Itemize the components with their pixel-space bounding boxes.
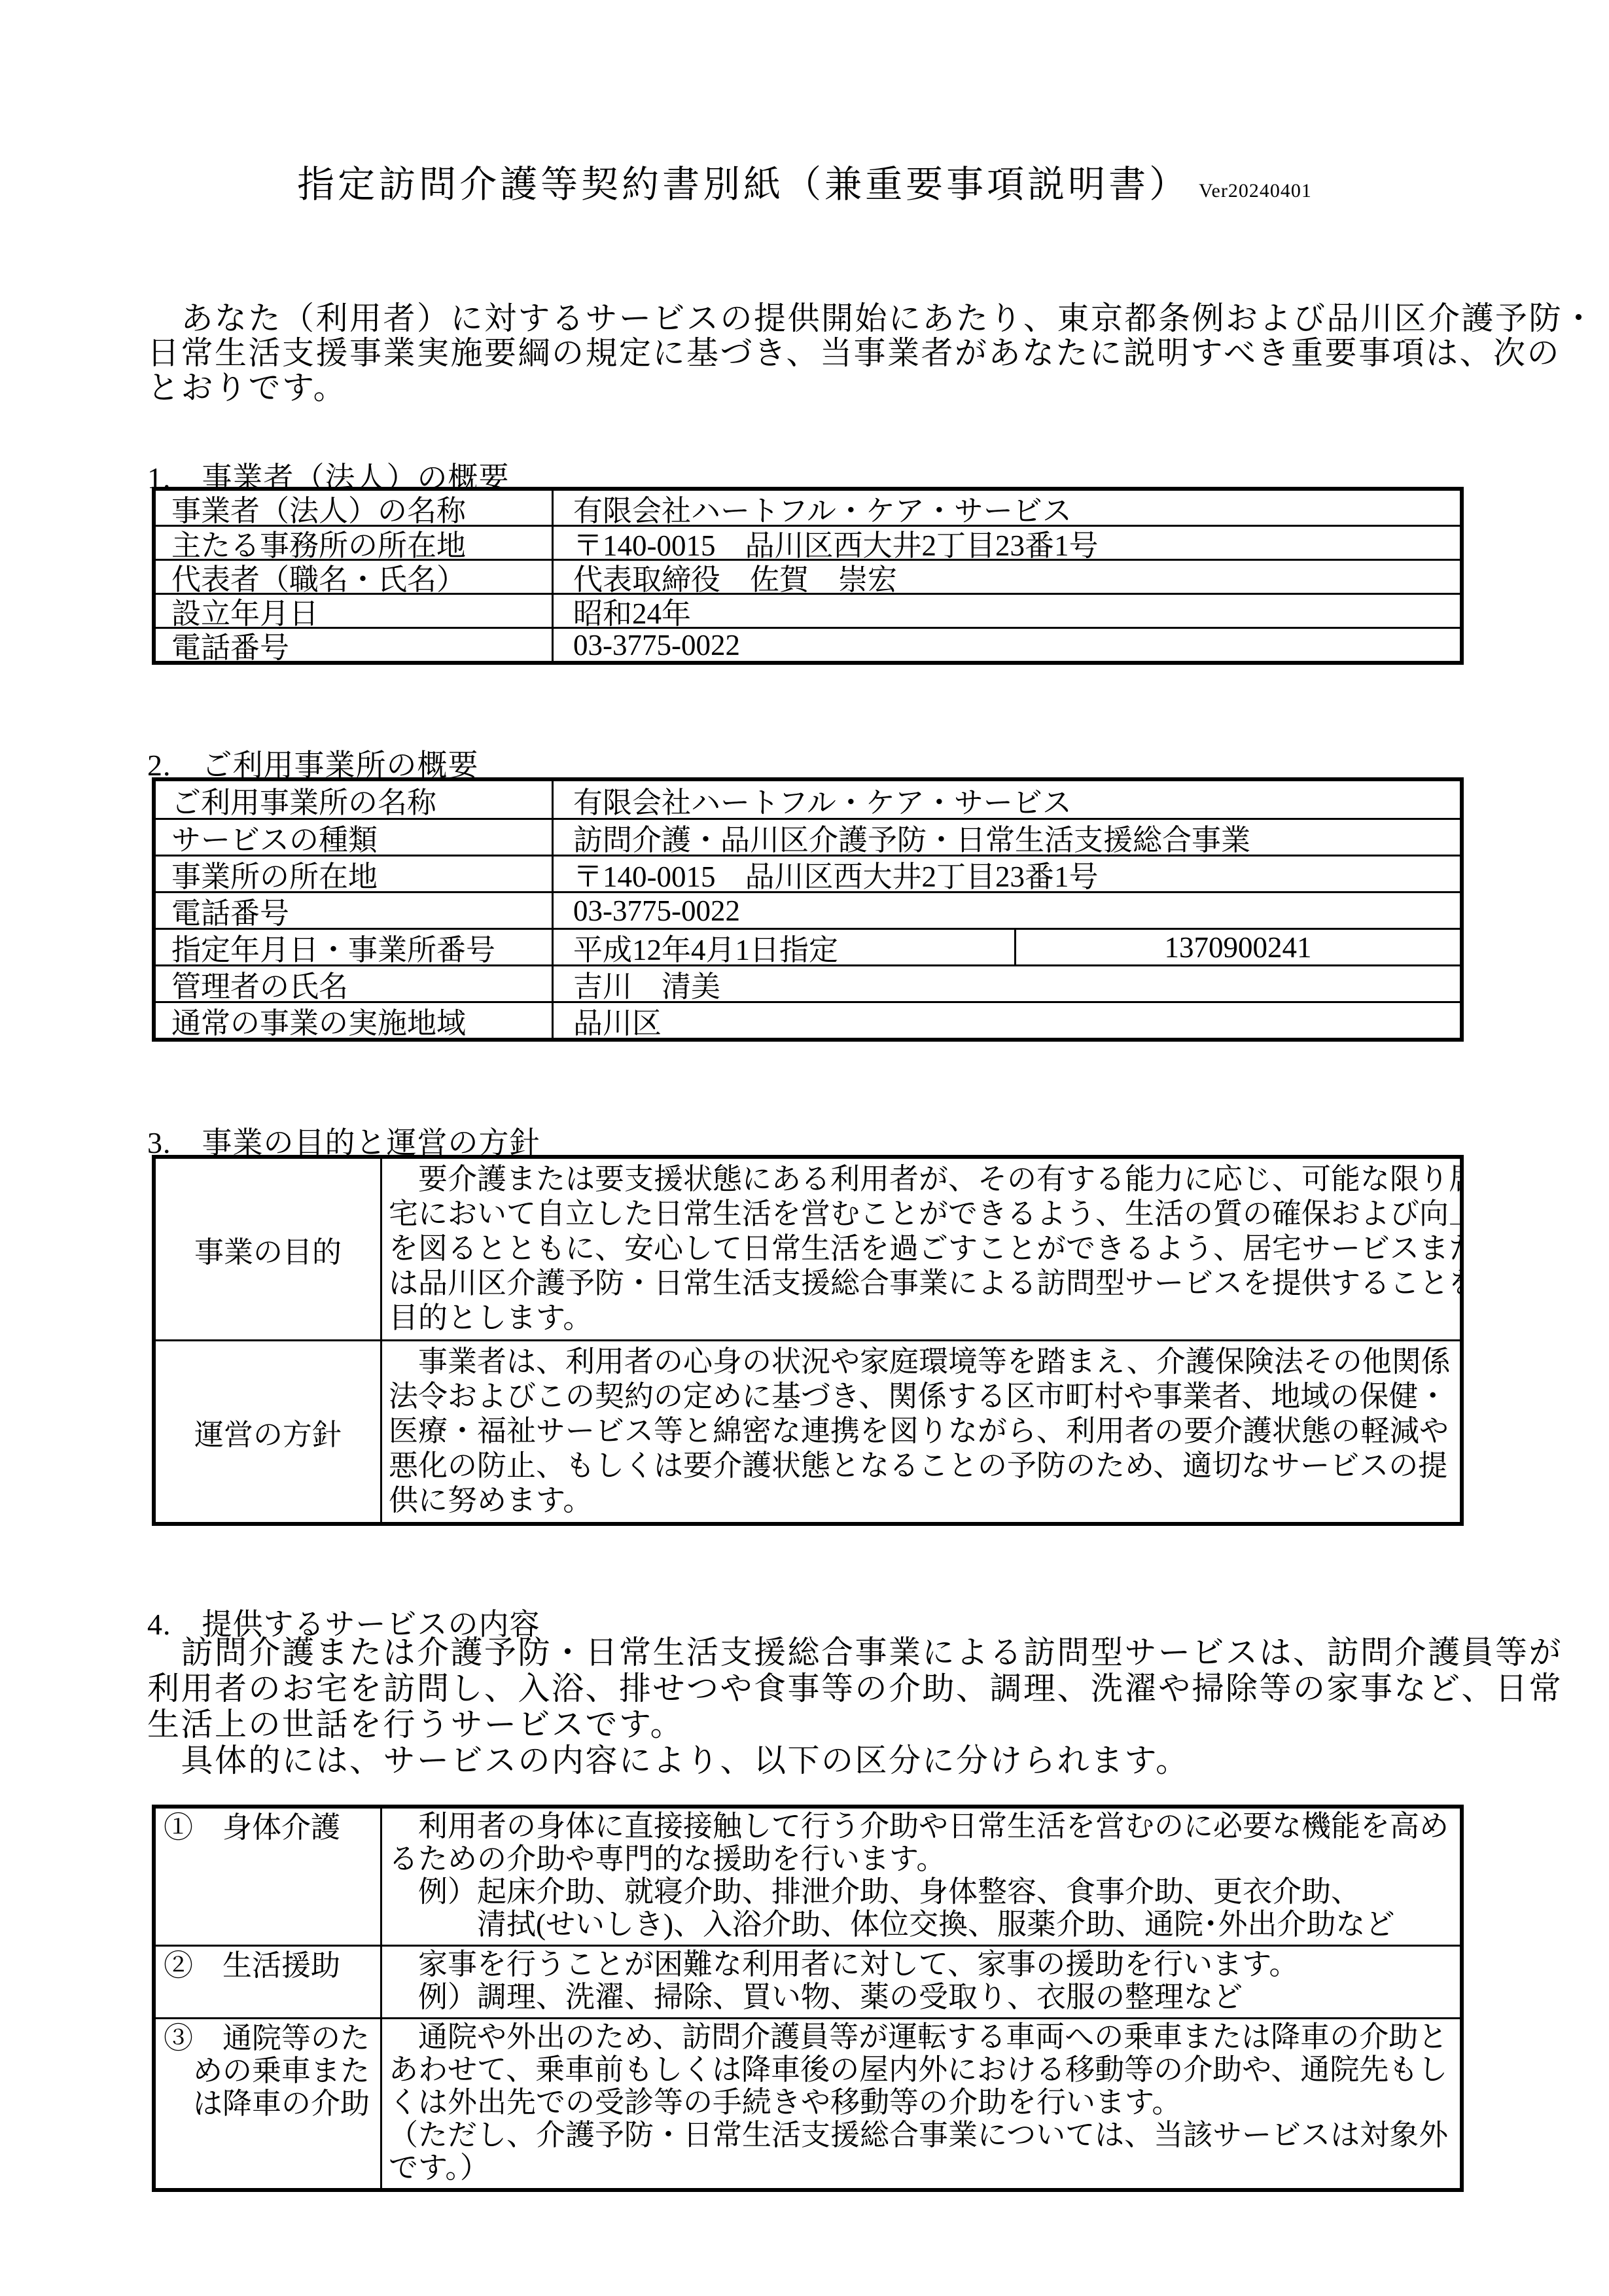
row-value: 〒140-0015 品川区西大井2丁目23番1号	[554, 857, 1460, 891]
document-page: 指定訪問介護等契約書別紙（兼重要事項説明書）Ver20240401 あなた（利用…	[0, 0, 1609, 2296]
provider-overview-table: 事業者（法人）の名称 有限会社ハートフル・ケア・サービス 主たる事務所の所在地 …	[152, 487, 1464, 665]
table-row: 通常の事業の実施地域 品川区	[156, 1001, 1460, 1038]
row-label: 指定年月日・事業所番号	[156, 930, 554, 964]
paragraph-line: 具体的には、サービスの内容により、以下の区分に分けられます。	[147, 1742, 1563, 1778]
text-line: るための介助や専門的な援助を行います。	[389, 1843, 1456, 1875]
table-row: 電話番号 03-3775-0022	[156, 891, 1460, 928]
label-line: ① 身体介護	[164, 1811, 340, 1844]
table-row: 事業者（法人）の名称 有限会社ハートフル・ケア・サービス	[156, 491, 1460, 525]
table-row: 事業所の所在地 〒140-0015 品川区西大井2丁目23番1号	[156, 855, 1460, 891]
paragraph-line: 利用者のお宅を訪問し、入浴、排せつや食事等の介助、調理、洗濯や掃除等の家事など、…	[147, 1670, 1563, 1706]
table-row: 電話番号 03-3775-0022	[156, 627, 1460, 661]
row-label: 電話番号	[156, 629, 554, 661]
table-row: サービスの種類 訪問介護・品川区介護予防・日常生活支援総合事業	[156, 818, 1460, 855]
row-label: 運営の方針	[156, 1341, 382, 1522]
row-value: 品川区	[554, 1003, 1460, 1038]
row-text: 事業者は、利用者の心身の状況や家庭環境等を踏まえ、介護保険法その他関係 法令およ…	[382, 1341, 1460, 1522]
designation-date-cell: 平成12年4月1日指定	[554, 930, 1016, 964]
table-row: ご利用事業所の名称 有限会社ハートフル・ケア・サービス	[156, 781, 1460, 818]
row-label: 代表者（職名・氏名）	[156, 561, 554, 593]
text-line: 通院や外出のため、訪問介護員等が運転する車両への乗車または降車の介助と	[389, 2021, 1456, 2053]
row-label: 管理者の氏名	[156, 966, 554, 1001]
label-line: めの乗車また	[164, 2055, 370, 2087]
text-line: です。）	[389, 2151, 1456, 2184]
text-line: 清拭(せいしき)、入浴介助、体位交換、服薬介助、通院･外出介助など	[389, 1908, 1456, 1941]
row-value: 有限会社ハートフル・ケア・サービス	[554, 781, 1460, 818]
text-line: 要介護または要支援状態にある利用者が、その有する能力に応じ、可能な限り居	[389, 1162, 1456, 1197]
row-text: 通院や外出のため、訪問介護員等が運転する車両への乗車または降車の介助と あわせて…	[382, 2019, 1460, 2188]
text-line: 利用者の身体に直接接触して行う介助や日常生活を営むのに必要な機能を高め	[389, 1810, 1456, 1843]
row-label: 事業所の所在地	[156, 857, 554, 891]
table-row: ② 生活援助 家事を行うことが困難な利用者に対して、家事の援助を行います。 例）…	[156, 1945, 1460, 2017]
row-label: ③ 通院等のた めの乗車また は降車の介助	[156, 2019, 382, 2188]
row-label: ① 身体介護	[156, 1809, 382, 1945]
paragraph-line: 訪問介護または介護予防・日常生活支援総合事業による訪問型サービスは、訪問介護員等…	[147, 1634, 1563, 1670]
row-value: 昭和24年	[554, 595, 1460, 627]
services-paragraph: 訪問介護または介護予防・日常生活支援総合事業による訪問型サービスは、訪問介護員等…	[147, 1634, 1563, 1778]
table-row: 指定年月日・事業所番号 平成12年4月1日指定 1370900241	[156, 928, 1460, 964]
text-line: くは外出先での受診等の手続きや移動等の介助を行います。	[389, 2086, 1456, 2119]
row-label: ご利用事業所の名称	[156, 781, 554, 818]
row-label: ② 生活援助	[156, 1947, 382, 2017]
row-label: 事業の目的	[156, 1159, 382, 1339]
text-line: を図るとともに、安心して日常生活を過ごすことができるよう、居宅サービスまた	[389, 1231, 1456, 1266]
row-value: 有限会社ハートフル・ケア・サービス	[554, 491, 1460, 525]
row-label: 電話番号	[156, 893, 554, 928]
service-categories-table: ① 身体介護 利用者の身体に直接接触して行う介助や日常生活を営むのに必要な機能を…	[152, 1805, 1464, 2192]
row-value: 平成12年4月1日指定 1370900241	[554, 930, 1460, 964]
row-value: 代表取締役 佐賀 崇宏	[554, 561, 1460, 593]
text-line: 家事を行うことが困難な利用者に対して、家事の援助を行います。	[389, 1948, 1456, 1981]
text-line: 例）調理、洗濯、掃除、買い物、薬の受取り、衣服の整理など	[389, 1981, 1456, 2013]
table-row: 事業の目的 要介護または要支援状態にある利用者が、その有する能力に応じ、可能な限…	[156, 1159, 1460, 1339]
text-line: 目的とします。	[389, 1301, 1456, 1335]
table-row: 設立年月日 昭和24年	[156, 593, 1460, 627]
row-label: 設立年月日	[156, 595, 554, 627]
row-label: 通常の事業の実施地域	[156, 1003, 554, 1038]
paragraph-line: 生活上の世話を行うサービスです。	[147, 1706, 1563, 1742]
document-header: 指定訪問介護等契約書別紙（兼重要事項説明書）Ver20240401	[0, 154, 1609, 208]
row-text: 家事を行うことが困難な利用者に対して、家事の援助を行います。 例）調理、洗濯、掃…	[382, 1947, 1460, 2017]
text-line: 医療・福祉サービス等と綿密な連携を図りながら、利用者の要介護状態の軽減や	[389, 1414, 1456, 1449]
table-row: 管理者の氏名 吉川 清美	[156, 964, 1460, 1001]
row-label: サービスの種類	[156, 820, 554, 855]
row-label: 主たる事務所の所在地	[156, 527, 554, 559]
row-value: 吉川 清美	[554, 966, 1460, 1001]
office-number-cell: 1370900241	[1016, 930, 1460, 964]
text-line: 事業者は、利用者の心身の状況や家庭環境等を踏まえ、介護保険法その他関係	[389, 1345, 1456, 1379]
table-row: 運営の方針 事業者は、利用者の心身の状況や家庭環境等を踏まえ、介護保険法その他関…	[156, 1339, 1460, 1522]
text-line: あわせて、乗車前もしくは降車後の屋内外における移動等の介助や、通院先もし	[389, 2053, 1456, 2086]
page-title: 指定訪問介護等契約書別紙（兼重要事項説明書）	[297, 164, 1190, 205]
label-line: ③ 通院等のた	[164, 2022, 370, 2055]
purpose-policy-table: 事業の目的 要介護または要支援状態にある利用者が、その有する能力に応じ、可能な限…	[152, 1155, 1464, 1526]
text-line: 供に努めます。	[389, 1483, 1456, 1518]
row-value: 訪問介護・品川区介護予防・日常生活支援総合事業	[554, 820, 1460, 855]
intro-line: とおりです。	[147, 370, 1597, 405]
intro-line: あなた（利用者）に対するサービスの提供開始にあたり、東京都条例および品川区介護予…	[147, 301, 1597, 336]
label-line: ② 生活援助	[164, 1949, 340, 1982]
row-text: 要介護または要支援状態にある利用者が、その有する能力に応じ、可能な限り居 宅にお…	[382, 1159, 1460, 1339]
version-label: Ver20240401	[1199, 180, 1312, 202]
intro-paragraph: あなた（利用者）に対するサービスの提供開始にあたり、東京都条例および品川区介護予…	[147, 301, 1597, 405]
text-line: 法令およびこの契約の定めに基づき、関係する区市町村や事業者、地域の保健・	[389, 1379, 1456, 1414]
row-text: 利用者の身体に直接接触して行う介助や日常生活を営むのに必要な機能を高め るための…	[382, 1809, 1460, 1945]
table-row: ③ 通院等のた めの乗車また は降車の介助 通院や外出のため、訪問介護員等が運転…	[156, 2017, 1460, 2188]
table-row: 代表者（職名・氏名） 代表取締役 佐賀 崇宏	[156, 559, 1460, 593]
intro-line: 日常生活支援事業実施要綱の規定に基づき、当事業者があなたに説明すべき重要事項は、…	[147, 336, 1597, 370]
row-value: 〒140-0015 品川区西大井2丁目23番1号	[554, 527, 1460, 559]
text-line: 宅において自立した日常生活を営むことができるよう、生活の質の確保および向上	[389, 1197, 1456, 1231]
label-line: は降車の介助	[164, 2087, 370, 2120]
text-line: （ただし、介護予防・日常生活支援総合事業については、当該サービスは対象外	[389, 2119, 1456, 2151]
office-overview-table: ご利用事業所の名称 有限会社ハートフル・ケア・サービス サービスの種類 訪問介護…	[152, 777, 1464, 1042]
table-row: 主たる事務所の所在地 〒140-0015 品川区西大井2丁目23番1号	[156, 525, 1460, 559]
text-line: は品川区介護予防・日常生活支援総合事業による訪問型サービスを提供することを	[389, 1266, 1456, 1301]
text-line: 例）起床介助、就寝介助、排泄介助、身体整容、食事介助、更衣介助、	[389, 1875, 1456, 1908]
text-line: 悪化の防止、もしくは要介護状態となることの予防のため、適切なサービスの提	[389, 1449, 1456, 1483]
row-label: 事業者（法人）の名称	[156, 491, 554, 525]
table-row: ① 身体介護 利用者の身体に直接接触して行う介助や日常生活を営むのに必要な機能を…	[156, 1809, 1460, 1945]
row-value: 03-3775-0022	[554, 893, 1460, 928]
row-value: 03-3775-0022	[554, 629, 1460, 661]
